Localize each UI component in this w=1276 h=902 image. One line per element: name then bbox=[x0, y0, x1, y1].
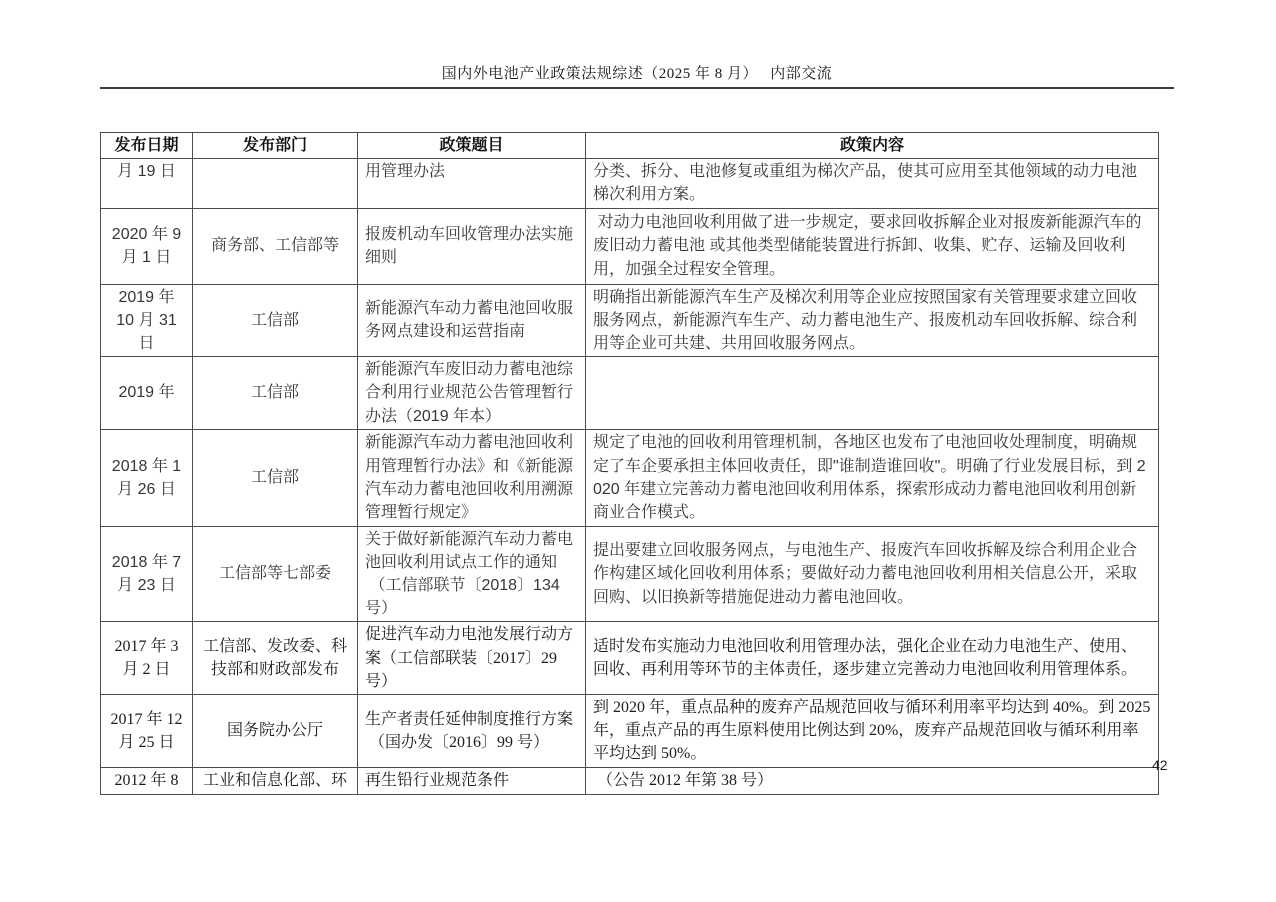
cell-dept: 工信部 bbox=[193, 429, 358, 526]
cell-title: 关于做好新能源汽车动力蓄电 池回收利用试点工作的通知 （工信部联节〔2018〕1… bbox=[358, 526, 586, 622]
cell-content: 适时发布实施动力电池回收利用管理办法，强化企业在动力电池生产、使用、回收、再利用… bbox=[586, 622, 1159, 695]
cell-title: 用管理办法 bbox=[358, 159, 586, 208]
policy-table: 发布日期 发布部门 政策题目 政策内容 月 19 日 用管理办法 分类、拆分、电… bbox=[100, 132, 1159, 795]
column-header-date: 发布日期 bbox=[101, 133, 193, 159]
table-row: 月 19 日 用管理办法 分类、拆分、电池修复或重组为梯次产品，使其可应用至其他… bbox=[101, 159, 1159, 208]
document-page: 国内外电池产业政策法规综述（2025 年 8 月） 内部交流 发布日期 发布部门… bbox=[0, 0, 1276, 902]
cell-dept: 商务部、工信部等 bbox=[193, 208, 358, 284]
cell-date: 2018 年 1 月 26 日 bbox=[101, 429, 193, 526]
column-header-content: 政策内容 bbox=[586, 133, 1159, 159]
cell-content: 提出要建立回收服务网点，与电池生产、报废汽车回收拆解及综合利用企业合作构建区域化… bbox=[586, 526, 1159, 622]
cell-title: 新能源汽车废旧动力蓄电池综 合利用行业规范公告管理暂行 办法（2019 年本） bbox=[358, 357, 586, 430]
cell-dept: 工业和信息化部、环 bbox=[193, 767, 358, 794]
table-row: 2019 年 10 月 31 日 工信部 新能源汽车动力蓄电池回收服 务网点建设… bbox=[101, 284, 1159, 357]
cell-title: 新能源汽车动力蓄电池回收利 用管理暂行办法》和《新能源 汽车动力蓄电池回收利用溯… bbox=[358, 429, 586, 526]
cell-date: 2019 年 10 月 31 日 bbox=[101, 284, 193, 357]
page-number: 42 bbox=[1152, 757, 1168, 773]
table-row: 2018 年 1 月 26 日 工信部 新能源汽车动力蓄电池回收利 用管理暂行办… bbox=[101, 429, 1159, 526]
cell-content: 对动力电池回收利用做了进一步规定，要求回收拆解企业对报废新能源汽车的废旧动力蓄电… bbox=[586, 208, 1159, 284]
cell-date: 2017 年 3 月 2 日 bbox=[101, 622, 193, 695]
cell-content: 分类、拆分、电池修复或重组为梯次产品，使其可应用至其他领域的动力电池梯次利用方案… bbox=[586, 159, 1159, 208]
cell-content: （公告 2012 年第 38 号） bbox=[586, 767, 1159, 794]
cell-dept: 国务院办公厅 bbox=[193, 695, 358, 768]
cell-date: 2012 年 8 bbox=[101, 767, 193, 794]
table-row: 2020 年 9 月 1 日 商务部、工信部等 报废机动车回收管理办法实施 细则… bbox=[101, 208, 1159, 284]
table-row: 2018 年 7 月 23 日 工信部等七部委 关于做好新能源汽车动力蓄电 池回… bbox=[101, 526, 1159, 622]
cell-date: 2020 年 9 月 1 日 bbox=[101, 208, 193, 284]
header-divider bbox=[100, 87, 1174, 89]
table-row: 2017 年 3 月 2 日 工信部、发改委、科 技部和财政部发布 促进汽车动力… bbox=[101, 622, 1159, 695]
table-row: 2012 年 8 工业和信息化部、环 再生铅行业规范条件 （公告 2012 年第… bbox=[101, 767, 1159, 794]
cell-content: 到 2020 年，重点品种的废弃产品规范回收与循环利用率平均达到 40%。到 2… bbox=[586, 695, 1159, 768]
cell-dept: 工信部、发改委、科 技部和财政部发布 bbox=[193, 622, 358, 695]
table-row: 2017 年 12 月 25 日 国务院办公厅 生产者责任延伸制度推行方案 （国… bbox=[101, 695, 1159, 768]
document-header-title: 国内外电池产业政策法规综述（2025 年 8 月） 内部交流 bbox=[100, 62, 1174, 83]
cell-content: 规定了电池的回收利用管理机制，各地区也发布了电池回收处理制度，明确规定了车企要承… bbox=[586, 429, 1159, 526]
cell-title: 生产者责任延伸制度推行方案 （国办发〔2016〕99 号） bbox=[358, 695, 586, 768]
table-header-row: 发布日期 发布部门 政策题目 政策内容 bbox=[101, 133, 1159, 159]
cell-title: 促进汽车动力电池发展行动方 案（工信部联装〔2017〕29 号） bbox=[358, 622, 586, 695]
cell-dept: 工信部 bbox=[193, 284, 358, 357]
cell-dept: 工信部 bbox=[193, 357, 358, 430]
cell-date: 2019 年 bbox=[101, 357, 193, 430]
cell-dept bbox=[193, 159, 358, 208]
cell-dept: 工信部等七部委 bbox=[193, 526, 358, 622]
cell-content bbox=[586, 357, 1159, 430]
cell-date: 2017 年 12 月 25 日 bbox=[101, 695, 193, 768]
column-header-title: 政策题目 bbox=[358, 133, 586, 159]
column-header-dept: 发布部门 bbox=[193, 133, 358, 159]
cell-title: 报废机动车回收管理办法实施 细则 bbox=[358, 208, 586, 284]
cell-date: 2018 年 7 月 23 日 bbox=[101, 526, 193, 622]
cell-title: 新能源汽车动力蓄电池回收服 务网点建设和运营指南 bbox=[358, 284, 586, 357]
cell-date: 月 19 日 bbox=[101, 159, 193, 208]
table-row: 2019 年 工信部 新能源汽车废旧动力蓄电池综 合利用行业规范公告管理暂行 办… bbox=[101, 357, 1159, 430]
cell-content: 明确指出新能源汽车生产及梯次利用等企业应按照国家有关管理要求建立回收服务网点，新… bbox=[586, 284, 1159, 357]
cell-title: 再生铅行业规范条件 bbox=[358, 767, 586, 794]
